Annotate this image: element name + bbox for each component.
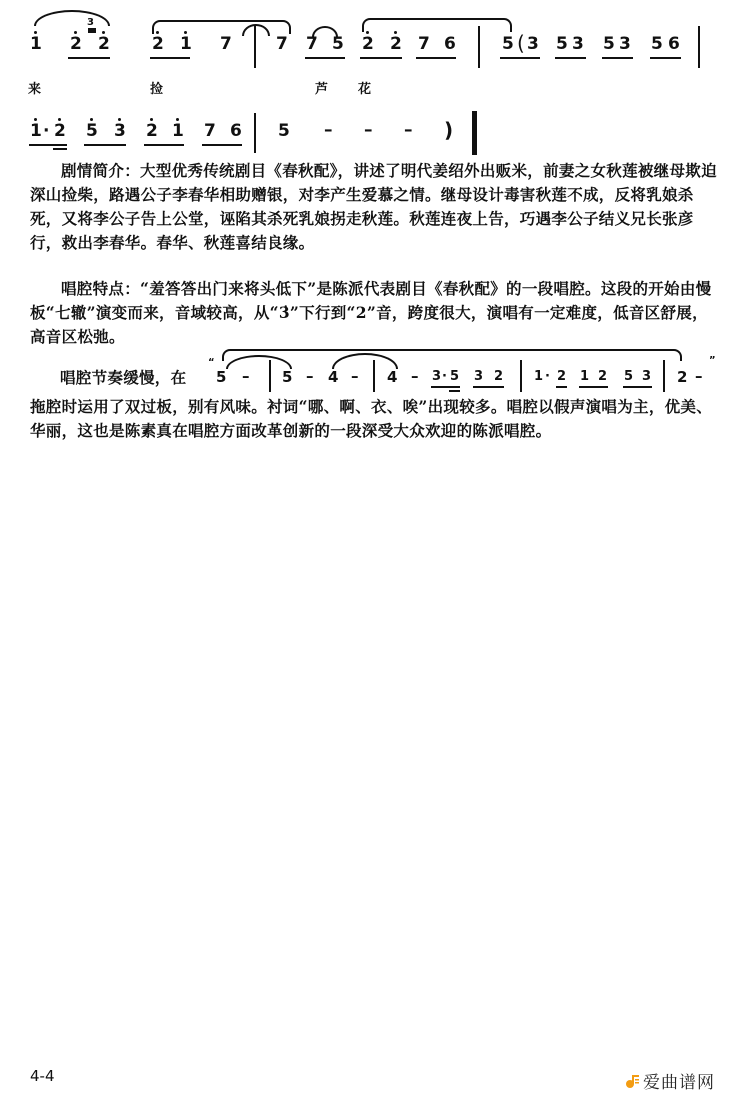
page-number: 4-4 (30, 1067, 55, 1085)
underline (53, 148, 67, 150)
note: 2 (98, 36, 110, 53)
barline (254, 26, 256, 68)
note: 2 (677, 370, 687, 385)
barline (663, 360, 665, 392)
music-note-icon (624, 1073, 640, 1089)
note: 1 (172, 123, 184, 140)
note: 6 (444, 36, 456, 53)
underline (579, 386, 608, 388)
synopsis-paragraph: 剧情简介：大型优秀传统剧目《春秋配》，讲述了明代姜绍外出贩米，前妻之女秋莲被继母… (30, 159, 720, 255)
underline (602, 57, 633, 59)
phrase-bracket (152, 20, 291, 34)
note: 7 (276, 36, 288, 53)
note: 7 (418, 36, 430, 53)
dash: – (695, 369, 703, 384)
underline (555, 57, 586, 59)
dash: – (404, 122, 413, 139)
note: 1 (30, 123, 42, 140)
note: 5 (450, 370, 459, 383)
barline (254, 113, 256, 153)
note: 3 (474, 370, 483, 383)
dot: · (545, 370, 550, 383)
barline (520, 360, 522, 392)
dash: – (411, 369, 419, 384)
note: 4 (387, 370, 397, 385)
phrase-bracket (222, 349, 682, 361)
barline (373, 360, 375, 392)
underline (150, 57, 190, 59)
underline (416, 57, 456, 59)
underline (556, 386, 567, 388)
note: 2 (362, 36, 374, 53)
note: 3 (114, 123, 126, 140)
features-paragraph-cont: 拖腔时运用了双过板，别有风味。衬词“哪、啊、衣、唉”出现较多。唱腔以假声演唱为主… (30, 395, 720, 443)
note: 3 (642, 370, 651, 383)
note: 5 (603, 36, 615, 53)
note: 3 (572, 36, 584, 53)
features-label: 唱腔特点： (61, 280, 140, 298)
underline (650, 57, 681, 59)
dash: – (306, 369, 314, 384)
note: 5 (282, 370, 292, 385)
note: 2 (70, 36, 82, 53)
features-paragraph: 唱腔特点：“羞答答出门来将头低下”是陈派代表剧目《春秋配》的一段唱腔。这段的开始… (30, 277, 720, 349)
note: 5 (216, 370, 226, 385)
underline (29, 144, 67, 146)
quote: “ (208, 358, 215, 368)
synopsis-label: 剧情简介： (61, 162, 140, 180)
barline (478, 26, 480, 68)
grace-stem (88, 28, 96, 33)
lyric: 芦 (315, 78, 328, 97)
phrase-bracket (362, 18, 512, 32)
underline (84, 144, 126, 146)
dot: · (43, 123, 49, 140)
note: 2 (54, 123, 66, 140)
barline (698, 26, 700, 68)
note: 5 (651, 36, 663, 53)
note: 2 (390, 36, 402, 53)
underline (473, 386, 504, 388)
grace-note: 3 (87, 18, 94, 28)
note: 2 (146, 123, 158, 140)
note: 6 (230, 123, 242, 140)
note: 1 (30, 36, 42, 53)
slur (34, 10, 110, 26)
note: 7 (220, 36, 232, 53)
lyric: 捡 (150, 78, 163, 97)
note: 2 (152, 36, 164, 53)
barline (269, 360, 271, 392)
dash: – (351, 369, 359, 384)
underline (500, 57, 540, 59)
brand-name: 爱曲谱网 (643, 1068, 715, 1093)
note: 7 (204, 123, 216, 140)
final-barline (472, 111, 477, 155)
dash: – (324, 122, 333, 139)
note: 5 (556, 36, 568, 53)
note: 3 (432, 370, 441, 383)
note: 1 (534, 370, 543, 383)
paren: ( (517, 33, 525, 53)
underline (305, 57, 345, 59)
brand-logo: 爱曲谱网 (624, 1068, 715, 1093)
dot: · (442, 370, 447, 383)
features-text-cont: 拖腔时运用了双过板，别有风味。衬词“哪、啊、衣、唉”出现较多。唱腔以假声演唱为主… (30, 397, 712, 440)
underline (68, 57, 110, 59)
inline-prefix: 唱腔节奏缓慢，在 (60, 366, 260, 390)
underline (449, 390, 460, 392)
underline (202, 144, 242, 146)
note: 4 (328, 370, 338, 385)
note: 5 (332, 36, 344, 53)
underline (144, 144, 184, 146)
note: 3 (619, 36, 631, 53)
underline (360, 57, 402, 59)
paren: ) (444, 120, 453, 140)
dash: – (242, 369, 250, 384)
note: 5 (624, 370, 633, 383)
note: 6 (668, 36, 680, 53)
note: 2 (494, 370, 503, 383)
note: 5 (86, 123, 98, 140)
lyric: 来 (28, 78, 41, 97)
note: 5 (278, 123, 290, 140)
note: 1 (580, 370, 589, 383)
note: 2 (557, 370, 566, 383)
note: 3 (527, 36, 539, 53)
dash: – (364, 122, 373, 139)
lyric: 花 (358, 78, 371, 97)
underline (623, 386, 652, 388)
note: 5 (502, 36, 514, 53)
underline (431, 386, 460, 388)
note: 7 (306, 36, 318, 53)
note: 2 (598, 370, 607, 383)
note: 1 (180, 36, 192, 53)
quote: ” (709, 356, 716, 366)
